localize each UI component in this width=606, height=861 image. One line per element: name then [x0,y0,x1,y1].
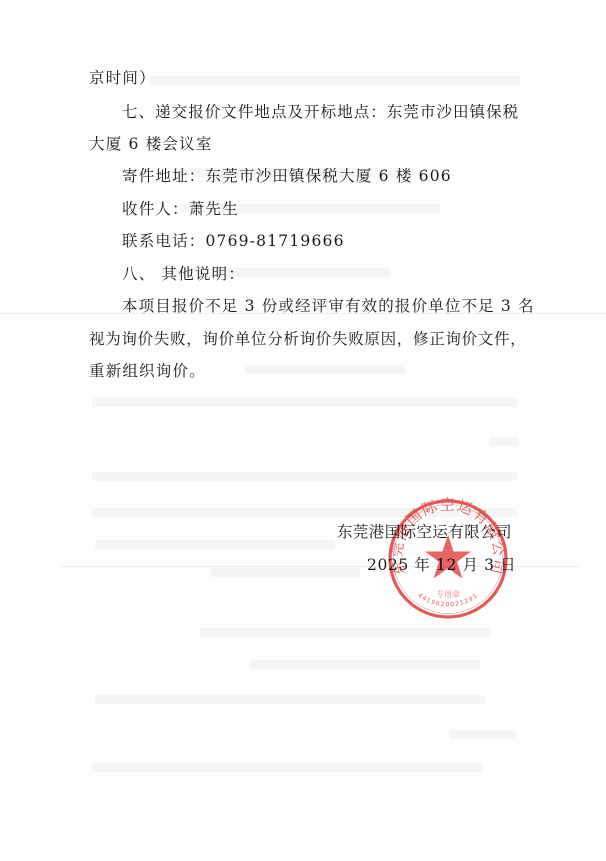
bleed-through-text [210,568,360,577]
mailing-address: 寄件地址：东莞市沙田镇保税大厦 6 楼 606 [122,166,452,186]
bleed-through-text [95,540,335,549]
bleed-through-text [200,628,490,637]
bleed-through-text [150,76,520,85]
contact-phone: 联系电话：0769-81719666 [122,231,345,251]
svg-text:专用章: 专用章 [436,589,460,599]
bleed-through-text [92,398,517,407]
section-8-heading: 八、 其他说明： [122,264,245,284]
bleed-through-text [490,437,518,446]
section-8-para-line-3: 重新组织询价。 [89,361,206,381]
bleed-through-text [450,730,516,739]
bleed-through-text [245,365,405,374]
section-8-para-line-1: 本项目报价不足 3 份或经评审有效的报价单位不足 3 名 [122,296,535,316]
bleed-through-text [95,695,485,704]
section-7-location-cont: 大厦 6 楼会议室 [89,134,213,154]
company-seal-icon: 东莞港国际空运有限公司 专用章 4419620021291 [386,497,510,621]
text-line-time-suffix: 京时间） [89,68,156,88]
recipient: 收件人：萧先生 [122,199,239,219]
document-page: 京时间） 七、递交报价文件地点及开标地点：东莞市沙田镇保税 大厦 6 楼会议室 … [0,0,606,861]
section-8-para-line-2: 视为询价失败，询价单位分析询价失败原因，修正询价文件， [89,329,526,349]
bleed-through-text [92,763,482,772]
bleed-through-text [92,472,517,481]
section-7-heading: 七、递交报价文件地点及开标地点：东莞市沙田镇保税 [122,102,522,122]
bleed-through-text [250,660,480,669]
